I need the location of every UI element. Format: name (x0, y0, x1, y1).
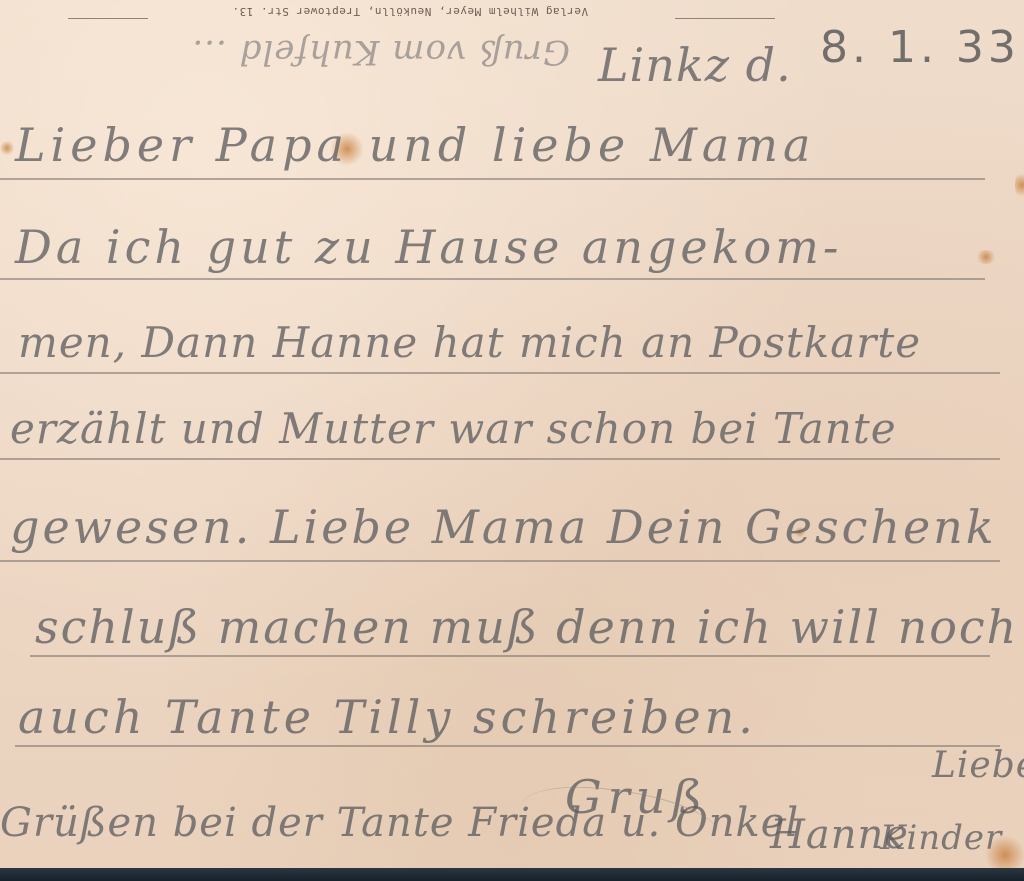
rust-stain (975, 250, 997, 264)
ruled-line (0, 178, 985, 180)
ruled-line (15, 745, 1000, 747)
date-place: Linkz d. (598, 38, 792, 92)
letter-line-2: Da ich gut zu Hause angekom- (15, 220, 842, 274)
rust-stain (0, 140, 14, 156)
upside-down-greeting: Gruß vom Kuhfeld ... (10, 32, 570, 72)
ruled-line (0, 560, 1000, 562)
ruled-line (30, 655, 990, 657)
letter-line-6: schluß machen muß denn ich will noch (35, 600, 1018, 654)
publisher-imprint: Verlag Wilhelm Meyer, Neukölln, Treptowe… (150, 5, 670, 18)
imprint-rule-left (68, 18, 148, 19)
closing-right-top: Liebe (932, 745, 1024, 786)
letter-line-4: erzählt und Mutter war schon bei Tante (10, 404, 897, 453)
date-value: 8. 1. 33 (820, 22, 1020, 73)
letter-line-1: Lieber Papa und liebe Mama (15, 118, 815, 172)
ruled-line (0, 372, 1000, 374)
letter-line-5: gewesen. Liebe Mama Dein Geschenk (10, 500, 997, 554)
closing-right-bottom: Kinder (880, 818, 1002, 858)
letter-line-7: auch Tante Tilly schreiben. (18, 690, 757, 744)
ruled-line (0, 278, 985, 280)
postcard: Verlag Wilhelm Meyer, Neukölln, Treptowe… (0, 0, 1024, 872)
rust-stain (1015, 170, 1024, 200)
ruled-line (0, 458, 1000, 460)
background-edge (0, 868, 1024, 881)
imprint-rule-right (675, 18, 775, 19)
letter-line-3: men, Dann Hanne hat mich an Postkarte (18, 318, 921, 367)
